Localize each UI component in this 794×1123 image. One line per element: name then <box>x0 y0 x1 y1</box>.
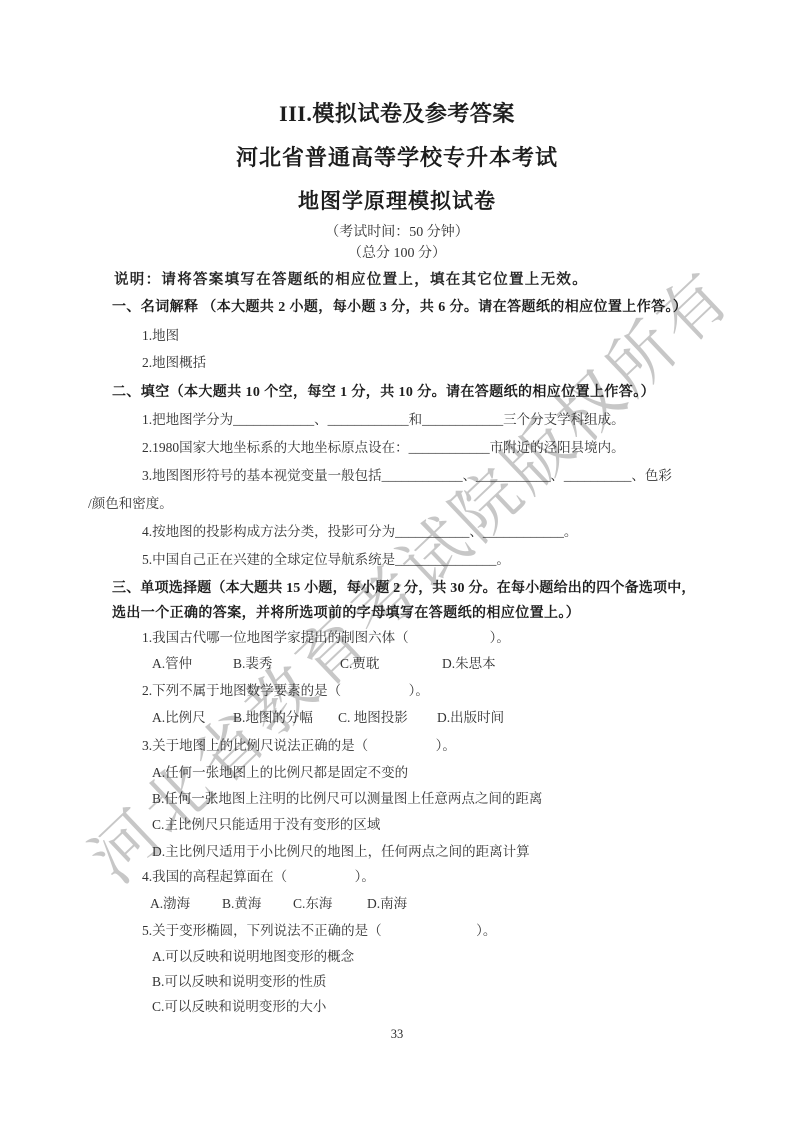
mc-q1-option-d: D.朱思本 <box>442 656 496 673</box>
exam-paper-page: 河北省教育考试院版权所有 III.模拟试卷及参考答案 河北省普通高等学校专升本考… <box>0 0 794 1123</box>
mc-question-4-stem: 4.我国的高程起算面在（ ）。 <box>142 869 375 886</box>
page-number: 33 <box>0 1027 794 1043</box>
term-question-1: 1.地图 <box>142 328 179 345</box>
instructions: 说明：请将答案填写在答题纸的相应位置上，填在其它位置上无效。 <box>114 271 588 289</box>
mc-q5-option-a: A.可以反映和说明地图变形的概念 <box>152 949 354 966</box>
fill-blank-question-3-line1: 3.地图图形符号的基本视觉变量一般包括____________、________… <box>142 468 672 485</box>
mc-question-2-stem: 2.下列不属于地图数学要素的是（ ）。 <box>142 683 429 700</box>
fill-blank-question-1: 1.把地图学分为____________、____________和______… <box>142 412 625 429</box>
fill-blank-question-4: 4.按地图的投影构成方法分类，投影可分为___________、________… <box>142 524 577 541</box>
mc-q3-option-d: D.主比例尺适用于小比例尺的地图上，任何两点之间的距离计算 <box>152 844 530 861</box>
term-question-2: 2.地图概括 <box>142 355 206 372</box>
section-blanks-heading: 二、填空（本大题共 10 个空，每空 1 分，共 10 分。请在答题纸的相应位置… <box>112 384 655 402</box>
mc-question-3-stem: 3.关于地图上的比例尺说法正确的是（ ）。 <box>142 738 456 755</box>
mc-q1-option-a: A.管仲 <box>152 656 192 673</box>
mc-q4-option-c: C.东海 <box>293 896 332 913</box>
fill-blank-question-3-line2: /颜色和密度。 <box>88 496 173 513</box>
mc-question-5-stem: 5.关于变形椭圆，下列说法不正确的是（ ）。 <box>142 923 496 940</box>
mc-q4-option-a: A.渤海 <box>150 896 190 913</box>
mc-q5-option-c: C.可以反映和说明变形的大小 <box>152 999 326 1016</box>
part-title: III.模拟试卷及参考答案 <box>0 100 794 128</box>
exam-time-note: （考试时间：50 分钟） <box>0 224 794 242</box>
mc-q2-option-b: B.地图的分幅 <box>233 710 313 727</box>
mc-q2-option-a: A.比例尺 <box>152 710 206 727</box>
exam-name: 河北省普通高等学校专升本考试 <box>0 144 794 172</box>
mc-q4-option-b: B.黄海 <box>222 896 261 913</box>
mc-question-1-stem: 1.我国古代哪一位地图学家提出的制图六体（ ）。 <box>142 630 510 647</box>
section-terms-heading: 一、名词解释 （本大题共 2 小题，每小题 3 分，共 6 分。请在答题纸的相应… <box>112 299 687 317</box>
mc-q1-option-b: B.裴秀 <box>233 656 272 673</box>
section-choice-heading-line2: 选出一个正确的答案，并将所选项前的字母填写在答题纸的相应位置上。） <box>112 605 580 623</box>
section-choice-heading-line1: 三、单项选择题（本大题共 15 小题，每小题 2 分，共 30 分。在每小题给出… <box>112 580 696 598</box>
mc-q1-option-c: C.贾耽 <box>340 656 379 673</box>
mc-q2-option-d: D.出版时间 <box>437 710 504 727</box>
mc-q3-option-a: A.任何一张地图上的比例尺都是固定不变的 <box>152 765 408 782</box>
paper-title: 地图学原理模拟试卷 <box>0 188 794 214</box>
fill-blank-question-2: 2.1980国家大地坐标系的大地坐标原点设在：____________市附近的泾… <box>142 440 625 457</box>
mc-q2-option-c: C. 地图投影 <box>338 710 408 727</box>
mc-q3-option-c: C.主比例尺只能适用于没有变形的区域 <box>152 817 380 834</box>
total-score-note: （总分 100 分） <box>0 245 794 263</box>
mc-q4-option-d: D.南海 <box>367 896 407 913</box>
mc-q5-option-b: B.可以反映和说明变形的性质 <box>152 974 326 991</box>
mc-q3-option-b: B.任何一张地图上注明的比例尺可以测量图上任意两点之间的距离 <box>152 791 542 808</box>
fill-blank-question-5: 5.中国自己正在兴建的全球定位导航系统是_______________。 <box>142 552 510 569</box>
